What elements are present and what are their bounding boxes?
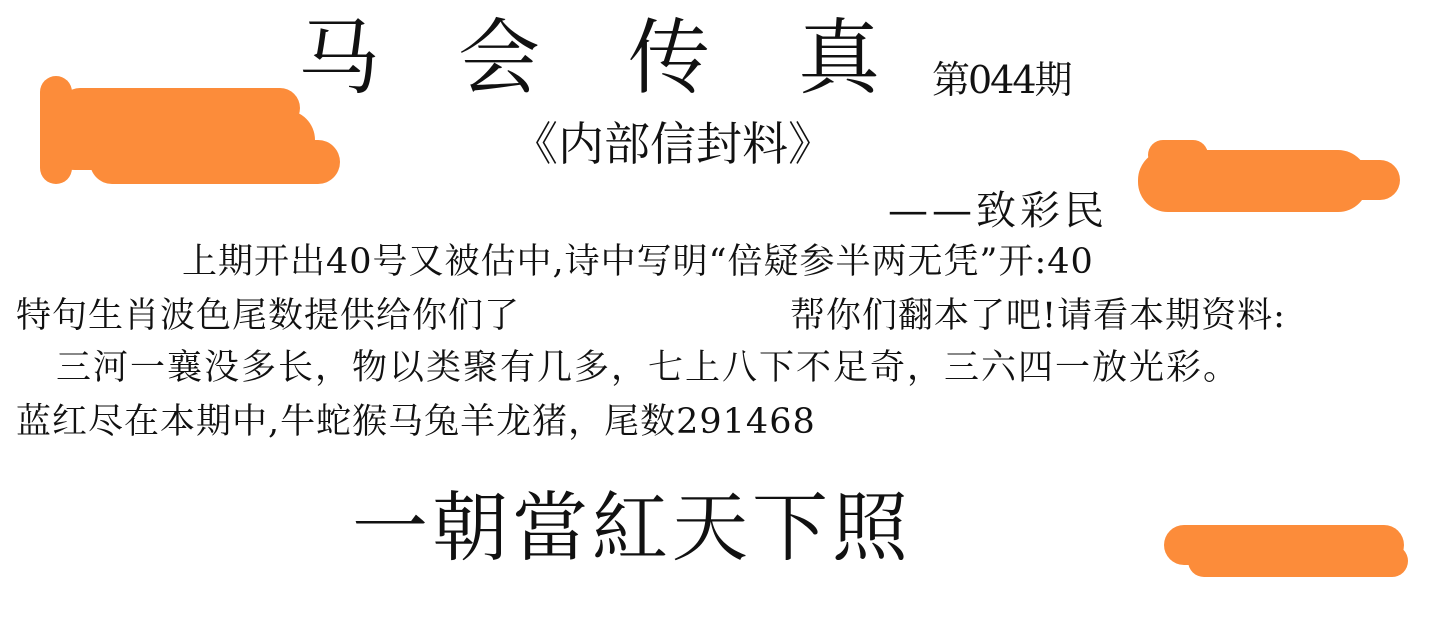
issue-number: 第044期: [932, 58, 1071, 102]
title-char-4: 真: [798, 14, 880, 104]
dedication: ——致彩民: [888, 186, 1108, 236]
title-char-2: 会: [458, 14, 540, 104]
title-char-3: 传: [628, 14, 710, 104]
slogan: 一朝當紅天下照: [352, 484, 912, 572]
poem-line: 三河一襄没多长，物以类聚有几多，七上八下不足奇，三六四一放光彩。: [56, 346, 1240, 390]
title-char-1: 马: [298, 14, 380, 104]
subtitle: 《内部信封料》: [512, 116, 834, 172]
body-line-5: 蓝红尽在本期中,牛蛇猴马兔羊龙猪，尾数291468: [16, 400, 816, 444]
body-line-2: 特句生肖波色尾数提供给你们了: [16, 294, 520, 338]
body-line-1: 上期开出40号又被估中,诗中写明“倍疑参半两无凭”开:40: [182, 240, 1094, 284]
body-line-3: 帮你们翻本了吧!请看本期资料:: [790, 294, 1286, 338]
